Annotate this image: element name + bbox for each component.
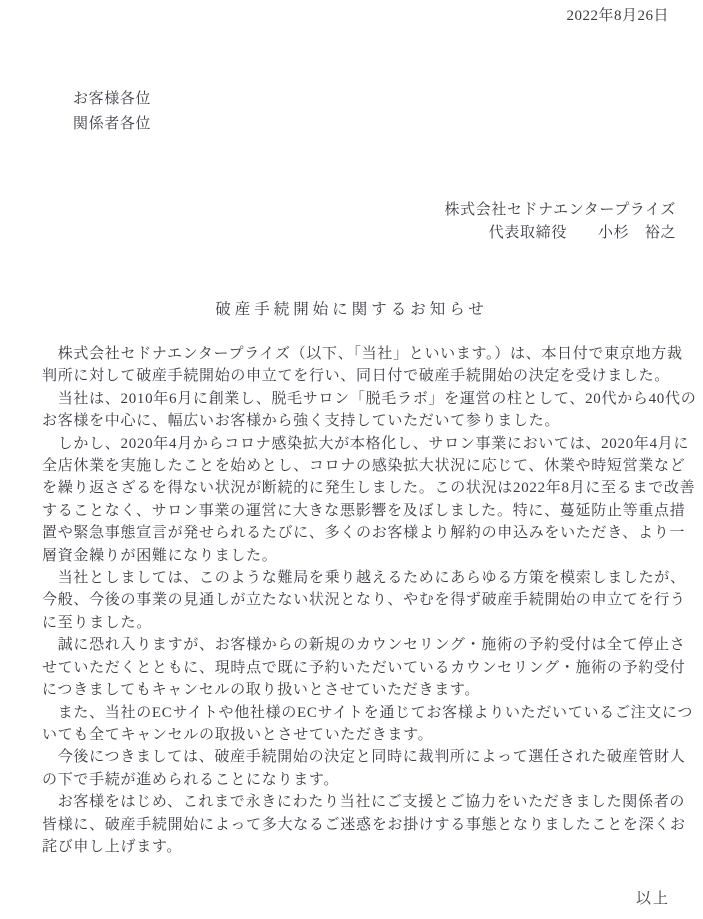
document-body: 株式会社セドナエンタープライズ（以下、「当社」といいます。）は、本日付で東京地方… (42, 343, 698, 858)
closing-word: 以上 (636, 891, 670, 908)
body-paragraph: また、当社のECサイトや他社様のECサイトを通じてお客様よりいただいているご注文… (42, 702, 698, 747)
sender-block: 株式会社セドナエンタープライズ 代表取締役 小杉 裕之 (0, 199, 703, 245)
body-paragraph: 当社は、2010年6月に創業し、脱毛サロン「脱毛ラボ」を運営の柱として、20代か… (42, 388, 698, 433)
recipient-list: お客様各位関係者各位 (73, 87, 703, 137)
document-date: 2022年8月26日 (0, 0, 703, 25)
sender-company: 株式会社セドナエンタープライズ (0, 199, 676, 222)
document-title: 破産手続開始に関するお知らせ (0, 299, 703, 321)
sender-representative: 代表取締役 小杉 裕之 (0, 222, 676, 245)
body-paragraph: 今後につきましては、破産手続開始の決定と同時に裁判所によって選任された破産管財人… (42, 746, 698, 791)
body-paragraph: 株式会社セドナエンタープライズ（以下、「当社」といいます。）は、本日付で東京地方… (42, 343, 698, 388)
document-page: 2022年8月26日 お客様各位関係者各位 株式会社セドナエンタープライズ 代表… (0, 0, 703, 919)
body-paragraph: お客様をはじめ、これまで永きにわたり当社にご支援とご協力をいただきました関係者の… (42, 791, 698, 858)
body-paragraph: 当社としましては、このような難局を乗り越えるためにあらゆる方策を模索しましたが、… (42, 567, 698, 634)
body-paragraph: 誠に恐れ入りますが、お客様からの新規のカウンセリング・施術の予約受付は全て停止さ… (42, 634, 698, 701)
recipient-line: お客様各位 (73, 87, 703, 112)
recipient-line: 関係者各位 (73, 112, 703, 137)
body-paragraph: しかし、2020年4月からコロナ感染拡大が本格化し、サロン事業においては、202… (42, 433, 698, 567)
